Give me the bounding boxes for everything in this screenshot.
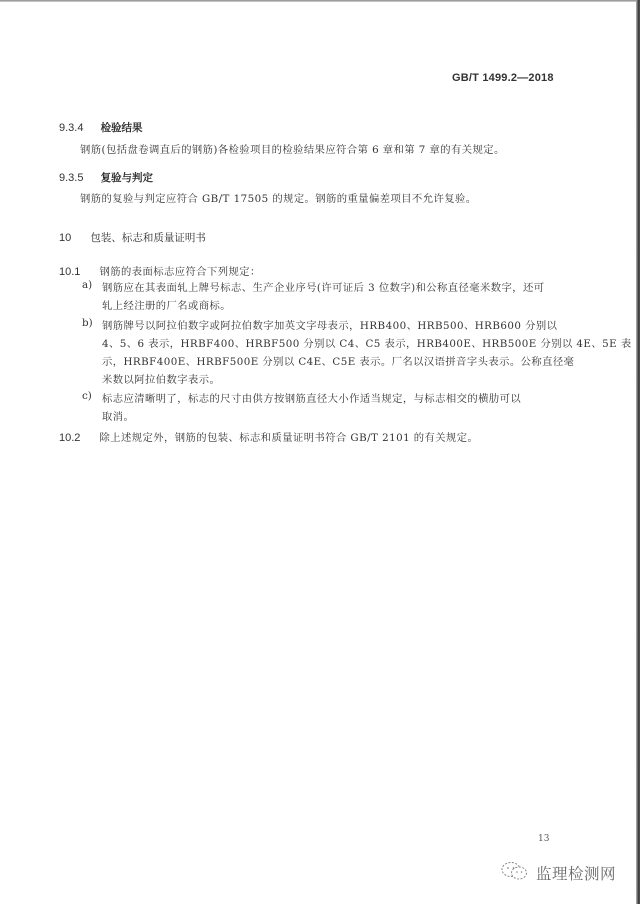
item-b-line: 示，HRBF400E、HRBF500E 分别以 C4E、C5E 表示。厂名以汉语… (102, 353, 574, 368)
item-b-line: 4、5、6 表示，HRBF400、HRBF500 分别以 C4、C5 表示，HR… (102, 335, 632, 350)
item-label: c) (82, 390, 92, 402)
item-b-line: 米数以阿拉伯数字表示。 (102, 371, 220, 386)
section-title: 复验与判定 (101, 172, 154, 184)
watermark: 监理检测网 (500, 862, 616, 884)
item-a-line: 钢筋应在其表面轧上牌号标志、生产企业序号(许可证后 3 位数字)和公称直径毫米数… (102, 279, 545, 294)
chapter-10-heading: 10 包装、标志和质量证明书 (59, 226, 206, 245)
clause-number: 10.2 (59, 432, 80, 444)
item-label: b) (82, 317, 93, 329)
section-9-3-5-heading: 9.3.5 复验与判定 (59, 166, 153, 185)
item-a-line: 轧上经注册的厂名或商标。 (102, 297, 231, 312)
chapter-number: 10 (59, 232, 71, 244)
wechat-icon (500, 861, 530, 885)
item-label: a) (82, 279, 92, 291)
section-9-3-5-paragraph: 钢筋的复验与判定应符合 GB/T 17505 的规定。钢筋的重量偏差项目不允许复… (80, 190, 477, 205)
standard-code: GB/T 1499.2—2018 (452, 72, 554, 84)
clause-text: 除上述规定外，钢筋的包装、标志和质量证明书符合 GB/T 2101 的有关规定。 (100, 432, 479, 444)
clause-number: 10.1 (59, 266, 80, 278)
section-9-3-4-heading: 9.3.4 检验结果 (59, 116, 143, 135)
clause-10-2: 10.2 除上述规定外，钢筋的包装、标志和质量证明书符合 GB/T 2101 的… (59, 426, 478, 445)
clause-text: 钢筋的表面标志应符合下列规定： (100, 266, 261, 278)
section-number: 9.3.4 (59, 122, 83, 134)
chapter-title: 包装、标志和质量证明书 (90, 232, 206, 244)
page-top-edge (0, 0, 636, 2)
item-c-line: 标志应清晰明了，标志的尺寸由供方按钢筋直径大小作适当规定，与标志相交的横肋可以 (102, 390, 521, 405)
section-number: 9.3.5 (59, 172, 83, 184)
clause-10-1: 10.1 钢筋的表面标志应符合下列规定： (59, 260, 261, 279)
item-c-line: 取消。 (102, 408, 134, 423)
item-b-line: 钢筋牌号以阿拉伯数字或阿拉伯数字加英文字母表示，HRB400、HRB500、HR… (102, 317, 557, 332)
watermark-text: 监理检测网 (536, 862, 616, 884)
section-title: 检验结果 (101, 122, 143, 134)
page-number: 13 (538, 834, 549, 844)
page-right-edge (636, 0, 640, 904)
section-9-3-4-paragraph: 钢筋(包括盘卷调直后的钢筋)各检验项目的检验结果应符合第 6 章和第 7 章的有… (80, 141, 505, 156)
